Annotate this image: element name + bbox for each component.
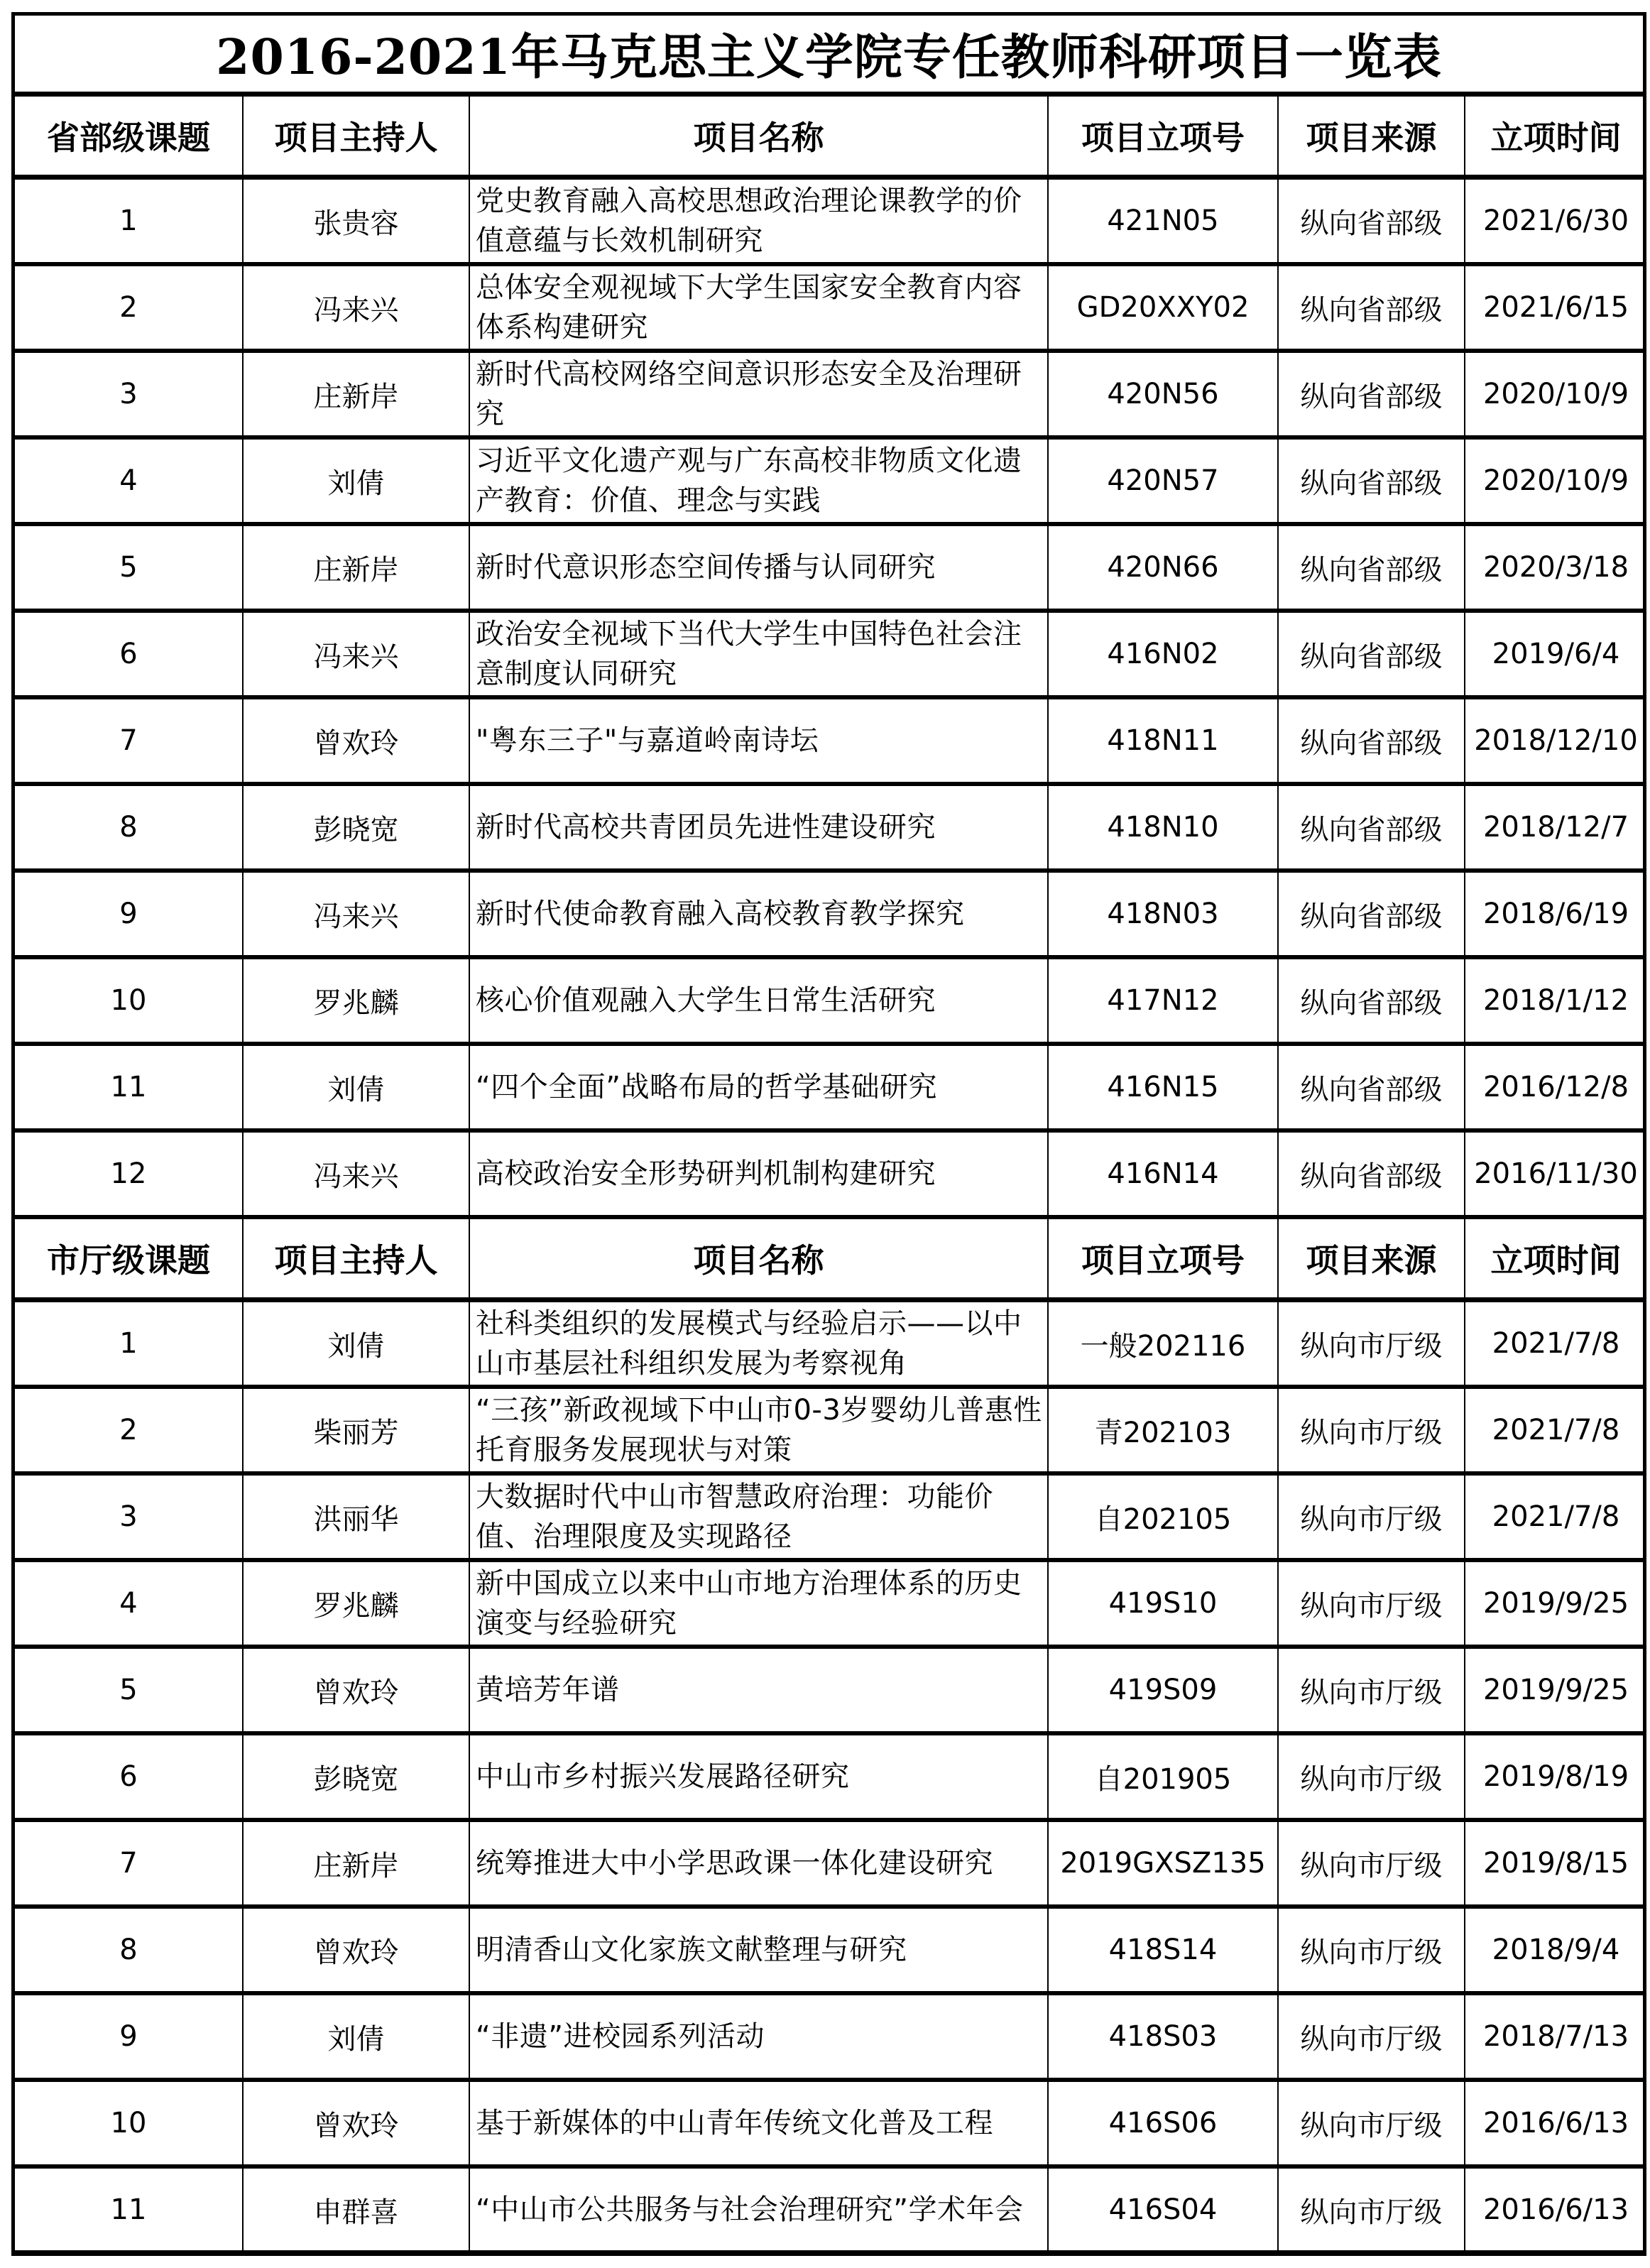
row-number: 1 bbox=[15, 178, 243, 265]
project-date: 2020/3/18 bbox=[1465, 524, 1646, 611]
project-code: GD20XXY02 bbox=[1048, 264, 1278, 351]
project-source: 纵向市厅级 bbox=[1278, 1473, 1465, 1560]
project-code: 419S10 bbox=[1048, 1560, 1278, 1647]
project-host: 刘倩 bbox=[243, 1993, 469, 2080]
project-date: 2019/9/25 bbox=[1465, 1647, 1646, 1733]
project-host: 刘倩 bbox=[243, 1300, 469, 1387]
project-host: 刘倩 bbox=[243, 1044, 469, 1130]
project-host: 庄新岸 bbox=[243, 524, 469, 611]
project-code: 一般202116 bbox=[1048, 1300, 1278, 1387]
project-name: 新时代高校网络空间意识形态安全及治理研究 bbox=[469, 351, 1048, 437]
document-title: 2016-2021年马克思主义学院专任教师科研项目一览表 bbox=[15, 16, 1643, 97]
project-table: 省部级课题项目主持人项目名称项目立项号项目来源立项时间1张贵容党史教育融入高校思… bbox=[15, 97, 1646, 2251]
table-row: 11刘倩“四个全面”战略布局的哲学基础研究416N15纵向省部级2016/12/… bbox=[15, 1044, 1646, 1130]
header-project-name: 项目名称 bbox=[469, 97, 1048, 178]
project-code: 418N03 bbox=[1048, 871, 1278, 957]
project-date: 2016/6/13 bbox=[1465, 2166, 1646, 2251]
project-date: 2021/7/8 bbox=[1465, 1300, 1646, 1387]
project-host: 彭晓宽 bbox=[243, 784, 469, 871]
project-table-body: 省部级课题项目主持人项目名称项目立项号项目来源立项时间1张贵容党史教育融入高校思… bbox=[15, 97, 1646, 2251]
project-host: 彭晓宽 bbox=[243, 1733, 469, 1820]
project-code: 416N15 bbox=[1048, 1044, 1278, 1130]
project-source: 纵向市厅级 bbox=[1278, 1560, 1465, 1647]
project-name: 基于新媒体的中山青年传统文化普及工程 bbox=[469, 2080, 1048, 2166]
project-date: 2019/8/15 bbox=[1465, 1820, 1646, 1907]
header-category: 市厅级课题 bbox=[15, 1217, 243, 1300]
row-number: 7 bbox=[15, 697, 243, 784]
project-date: 2019/8/19 bbox=[1465, 1733, 1646, 1820]
header-date: 立项时间 bbox=[1465, 1217, 1646, 1300]
row-number: 8 bbox=[15, 1907, 243, 1993]
project-name: “四个全面”战略布局的哲学基础研究 bbox=[469, 1044, 1048, 1130]
project-date: 2020/10/9 bbox=[1465, 351, 1646, 437]
project-source: 纵向市厅级 bbox=[1278, 2166, 1465, 2251]
project-code: 416S04 bbox=[1048, 2166, 1278, 2251]
project-code: 2019GXSZ135 bbox=[1048, 1820, 1278, 1907]
row-number: 2 bbox=[15, 1387, 243, 1473]
row-number: 10 bbox=[15, 2080, 243, 2166]
project-name: 统筹推进大中小学思政课一体化建设研究 bbox=[469, 1820, 1048, 1907]
project-date: 2018/7/13 bbox=[1465, 1993, 1646, 2080]
project-date: 2016/11/30 bbox=[1465, 1130, 1646, 1217]
row-number: 3 bbox=[15, 351, 243, 437]
project-host: 洪丽华 bbox=[243, 1473, 469, 1560]
table-row: 10曾欢玲基于新媒体的中山青年传统文化普及工程416S06纵向市厅级2016/6… bbox=[15, 2080, 1646, 2166]
project-source: 纵向市厅级 bbox=[1278, 1647, 1465, 1733]
project-name: "粤东三子"与嘉道岭南诗坛 bbox=[469, 697, 1048, 784]
project-source: 纵向省部级 bbox=[1278, 524, 1465, 611]
project-source: 纵向省部级 bbox=[1278, 1130, 1465, 1217]
project-source: 纵向省部级 bbox=[1278, 1044, 1465, 1130]
header-project-code: 项目立项号 bbox=[1048, 97, 1278, 178]
project-source: 纵向省部级 bbox=[1278, 611, 1465, 697]
project-name: “三孩”新政视域下中山市0-3岁婴幼儿普惠性托育服务发展现状与对策 bbox=[469, 1387, 1048, 1473]
header-source: 项目来源 bbox=[1278, 1217, 1465, 1300]
project-host: 罗兆麟 bbox=[243, 957, 469, 1044]
project-date: 2021/6/15 bbox=[1465, 264, 1646, 351]
table-row: 1张贵容党史教育融入高校思想政治理论课教学的价值意蕴与长效机制研究421N05纵… bbox=[15, 178, 1646, 265]
row-number: 1 bbox=[15, 1300, 243, 1387]
project-host: 冯来兴 bbox=[243, 871, 469, 957]
row-number: 3 bbox=[15, 1473, 243, 1560]
project-date: 2019/9/25 bbox=[1465, 1560, 1646, 1647]
project-code: 421N05 bbox=[1048, 178, 1278, 265]
table-row: 6彭晓宽中山市乡村振兴发展路径研究自201905纵向市厅级2019/8/19 bbox=[15, 1733, 1646, 1820]
project-code: 自202105 bbox=[1048, 1473, 1278, 1560]
project-list-sheet: 2016-2021年马克思主义学院专任教师科研项目一览表 省部级课题项目主持人项… bbox=[11, 12, 1646, 2256]
project-name: 明清香山文化家族文献整理与研究 bbox=[469, 1907, 1048, 1993]
project-source: 纵向市厅级 bbox=[1278, 1387, 1465, 1473]
row-number: 12 bbox=[15, 1130, 243, 1217]
project-name: 中山市乡村振兴发展路径研究 bbox=[469, 1733, 1048, 1820]
header-source: 项目来源 bbox=[1278, 97, 1465, 178]
row-number: 9 bbox=[15, 871, 243, 957]
project-date: 2021/7/8 bbox=[1465, 1387, 1646, 1473]
project-source: 纵向市厅级 bbox=[1278, 1907, 1465, 1993]
table-row: 8曾欢玲明清香山文化家族文献整理与研究418S14纵向市厅级2018/9/4 bbox=[15, 1907, 1646, 1993]
table-row: 12冯来兴高校政治安全形势研判机制构建研究416N14纵向省部级2016/11/… bbox=[15, 1130, 1646, 1217]
row-number: 5 bbox=[15, 1647, 243, 1733]
table-row: 7庄新岸统筹推进大中小学思政课一体化建设研究2019GXSZ135纵向市厅级20… bbox=[15, 1820, 1646, 1907]
project-name: 新时代使命教育融入高校教育教学探究 bbox=[469, 871, 1048, 957]
project-name: 新时代意识形态空间传播与认同研究 bbox=[469, 524, 1048, 611]
project-source: 纵向市厅级 bbox=[1278, 1820, 1465, 1907]
project-name: 习近平文化遗产观与广东高校非物质文化遗产教育：价值、理念与实践 bbox=[469, 437, 1048, 524]
project-code: 418N11 bbox=[1048, 697, 1278, 784]
project-source: 纵向省部级 bbox=[1278, 178, 1465, 265]
project-code: 418S03 bbox=[1048, 1993, 1278, 2080]
project-source: 纵向市厅级 bbox=[1278, 1733, 1465, 1820]
project-code: 416S06 bbox=[1048, 2080, 1278, 2166]
project-source: 纵向省部级 bbox=[1278, 264, 1465, 351]
project-host: 曾欢玲 bbox=[243, 2080, 469, 2166]
project-name: 大数据时代中山市智慧政府治理：功能价值、治理限度及实现路径 bbox=[469, 1473, 1048, 1560]
row-number: 4 bbox=[15, 1560, 243, 1647]
project-host: 罗兆麟 bbox=[243, 1560, 469, 1647]
project-host: 申群喜 bbox=[243, 2166, 469, 2251]
row-number: 4 bbox=[15, 437, 243, 524]
project-source: 纵向省部级 bbox=[1278, 871, 1465, 957]
project-date: 2016/12/8 bbox=[1465, 1044, 1646, 1130]
project-source: 纵向省部级 bbox=[1278, 957, 1465, 1044]
project-date: 2016/6/13 bbox=[1465, 2080, 1646, 2166]
project-date: 2018/12/7 bbox=[1465, 784, 1646, 871]
table-row: 7曾欢玲"粤东三子"与嘉道岭南诗坛418N11纵向省部级2018/12/10 bbox=[15, 697, 1646, 784]
table-row: 2柴丽芳“三孩”新政视域下中山市0-3岁婴幼儿普惠性托育服务发展现状与对策青20… bbox=[15, 1387, 1646, 1473]
project-source: 纵向省部级 bbox=[1278, 697, 1465, 784]
project-date: 2019/6/4 bbox=[1465, 611, 1646, 697]
row-number: 6 bbox=[15, 611, 243, 697]
project-code: 青202103 bbox=[1048, 1387, 1278, 1473]
row-number: 10 bbox=[15, 957, 243, 1044]
project-code: 418S14 bbox=[1048, 1907, 1278, 1993]
table-row: 4罗兆麟新中国成立以来中山市地方治理体系的历史演变与经验研究419S10纵向市厅… bbox=[15, 1560, 1646, 1647]
table-row: 3庄新岸新时代高校网络空间意识形态安全及治理研究420N56纵向省部级2020/… bbox=[15, 351, 1646, 437]
project-host: 刘倩 bbox=[243, 437, 469, 524]
table-row: 5曾欢玲黄培芳年谱419S09纵向市厅级2019/9/25 bbox=[15, 1647, 1646, 1733]
table-row: 6冯来兴政治安全视域下当代大学生中国特色社会注意制度认同研究416N02纵向省部… bbox=[15, 611, 1646, 697]
project-code: 420N66 bbox=[1048, 524, 1278, 611]
project-code: 416N02 bbox=[1048, 611, 1278, 697]
project-name: 核心价值观融入大学生日常生活研究 bbox=[469, 957, 1048, 1044]
project-host: 张贵容 bbox=[243, 178, 469, 265]
project-date: 2018/1/12 bbox=[1465, 957, 1646, 1044]
project-date: 2018/9/4 bbox=[1465, 1907, 1646, 1993]
table-row: 9冯来兴新时代使命教育融入高校教育教学探究418N03纵向省部级2018/6/1… bbox=[15, 871, 1646, 957]
project-source: 纵向市厅级 bbox=[1278, 1300, 1465, 1387]
project-date: 2021/6/30 bbox=[1465, 178, 1646, 265]
project-name: 政治安全视域下当代大学生中国特色社会注意制度认同研究 bbox=[469, 611, 1048, 697]
project-code: 420N57 bbox=[1048, 437, 1278, 524]
project-source: 纵向省部级 bbox=[1278, 437, 1465, 524]
project-code: 416N14 bbox=[1048, 1130, 1278, 1217]
project-host: 庄新岸 bbox=[243, 1820, 469, 1907]
table-row: 11申群喜“中山市公共服务与社会治理研究”学术年会416S04纵向市厅级2016… bbox=[15, 2166, 1646, 2251]
table-row: 5庄新岸新时代意识形态空间传播与认同研究420N66纵向省部级2020/3/18 bbox=[15, 524, 1646, 611]
project-name: 总体安全观视域下大学生国家安全教育内容体系构建研究 bbox=[469, 264, 1048, 351]
row-number: 11 bbox=[15, 1044, 243, 1130]
table-row: 8彭晓宽新时代高校共青团员先进性建设研究418N10纵向省部级2018/12/7 bbox=[15, 784, 1646, 871]
row-number: 5 bbox=[15, 524, 243, 611]
project-code: 自201905 bbox=[1048, 1733, 1278, 1820]
project-name: 新中国成立以来中山市地方治理体系的历史演变与经验研究 bbox=[469, 1560, 1048, 1647]
project-host: 曾欢玲 bbox=[243, 1647, 469, 1733]
row-number: 9 bbox=[15, 1993, 243, 2080]
project-name: 黄培芳年谱 bbox=[469, 1647, 1048, 1733]
project-name: 高校政治安全形势研判机制构建研究 bbox=[469, 1130, 1048, 1217]
project-code: 419S09 bbox=[1048, 1647, 1278, 1733]
project-date: 2020/10/9 bbox=[1465, 437, 1646, 524]
table-row: 3洪丽华大数据时代中山市智慧政府治理：功能价值、治理限度及实现路径自202105… bbox=[15, 1473, 1646, 1560]
project-source: 纵向省部级 bbox=[1278, 784, 1465, 871]
project-date: 2021/7/8 bbox=[1465, 1473, 1646, 1560]
project-date: 2018/6/19 bbox=[1465, 871, 1646, 957]
header-date: 立项时间 bbox=[1465, 97, 1646, 178]
project-name: “中山市公共服务与社会治理研究”学术年会 bbox=[469, 2166, 1048, 2251]
project-name: 党史教育融入高校思想政治理论课教学的价值意蕴与长效机制研究 bbox=[469, 178, 1048, 265]
header-project-name: 项目名称 bbox=[469, 1217, 1048, 1300]
table-row: 1刘倩社科类组织的发展模式与经验启示——以中山市基层社科组织发展为考察视角一般2… bbox=[15, 1300, 1646, 1387]
row-number: 8 bbox=[15, 784, 243, 871]
project-source: 纵向市厅级 bbox=[1278, 2080, 1465, 2166]
project-host: 曾欢玲 bbox=[243, 1907, 469, 1993]
header-host: 项目主持人 bbox=[243, 1217, 469, 1300]
project-code: 420N56 bbox=[1048, 351, 1278, 437]
section-header-row: 市厅级课题项目主持人项目名称项目立项号项目来源立项时间 bbox=[15, 1217, 1646, 1300]
row-number: 11 bbox=[15, 2166, 243, 2251]
project-code: 417N12 bbox=[1048, 957, 1278, 1044]
table-row: 9刘倩“非遗”进校园系列活动418S03纵向市厅级2018/7/13 bbox=[15, 1993, 1646, 2080]
watermark bbox=[1517, 2257, 1644, 2264]
project-host: 冯来兴 bbox=[243, 1130, 469, 1217]
section-header-row: 省部级课题项目主持人项目名称项目立项号项目来源立项时间 bbox=[15, 97, 1646, 178]
header-host: 项目主持人 bbox=[243, 97, 469, 178]
project-name: 社科类组织的发展模式与经验启示——以中山市基层社科组织发展为考察视角 bbox=[469, 1300, 1048, 1387]
project-host: 冯来兴 bbox=[243, 611, 469, 697]
row-number: 7 bbox=[15, 1820, 243, 1907]
project-name: “非遗”进校园系列活动 bbox=[469, 1993, 1048, 2080]
project-host: 柴丽芳 bbox=[243, 1387, 469, 1473]
row-number: 6 bbox=[15, 1733, 243, 1820]
project-name: 新时代高校共青团员先进性建设研究 bbox=[469, 784, 1048, 871]
project-host: 冯来兴 bbox=[243, 264, 469, 351]
project-host: 庄新岸 bbox=[243, 351, 469, 437]
project-source: 纵向市厅级 bbox=[1278, 1993, 1465, 2080]
project-code: 418N10 bbox=[1048, 784, 1278, 871]
header-project-code: 项目立项号 bbox=[1048, 1217, 1278, 1300]
table-row: 2冯来兴总体安全观视域下大学生国家安全教育内容体系构建研究GD20XXY02纵向… bbox=[15, 264, 1646, 351]
table-row: 10罗兆麟核心价值观融入大学生日常生活研究417N12纵向省部级2018/1/1… bbox=[15, 957, 1646, 1044]
project-date: 2018/12/10 bbox=[1465, 697, 1646, 784]
project-host: 曾欢玲 bbox=[243, 697, 469, 784]
header-category: 省部级课题 bbox=[15, 97, 243, 178]
table-row: 4刘倩习近平文化遗产观与广东高校非物质文化遗产教育：价值、理念与实践420N57… bbox=[15, 437, 1646, 524]
row-number: 2 bbox=[15, 264, 243, 351]
project-source: 纵向省部级 bbox=[1278, 351, 1465, 437]
